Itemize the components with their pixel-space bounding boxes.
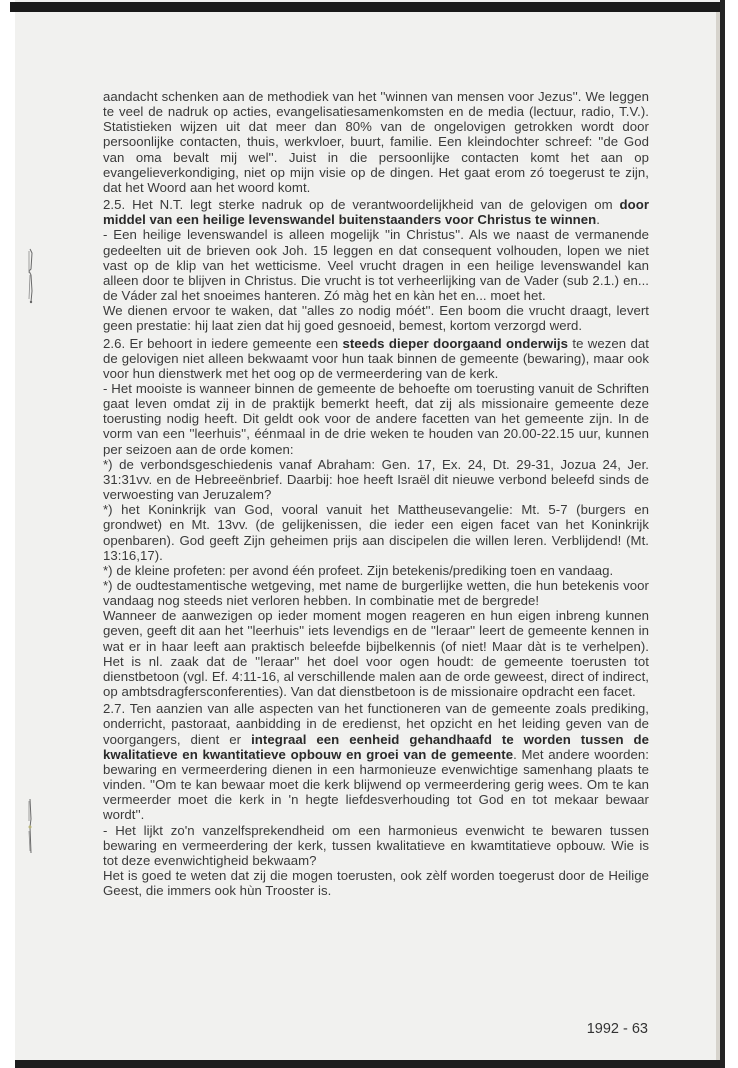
paragraph-text: aandacht schenken aan de methodiek van h… <box>103 89 649 195</box>
paragraph: *) het Koninkrijk van God, vooral vanuit… <box>103 502 649 563</box>
paragraph-text: - Een heilige levenswandel is alleen mog… <box>103 227 649 303</box>
paragraph: Wanneer de aanwezigen op ieder moment mo… <box>103 608 649 699</box>
paragraph-text: - Het lijkt zo'n vanzelfsprekendheid om … <box>103 823 649 868</box>
paragraph: aandacht schenken aan de methodiek van h… <box>103 89 649 195</box>
paragraph-text: *) de verbondsgeschiedenis vanaf Abraham… <box>103 457 649 502</box>
section-paragraph: 2.7. Ten aanzien van alle aspecten van h… <box>103 701 649 822</box>
section-paragraph: 2.6. Er behoort in iedere gemeente een s… <box>103 336 649 381</box>
staple-mark-icon <box>26 247 34 307</box>
paragraph-text: Wanneer de aanwezigen op ieder moment mo… <box>103 608 649 699</box>
scan-border-bottom <box>15 1060 725 1068</box>
paragraph-text: 2.6. Er behoort in iedere gemeente een <box>103 336 342 351</box>
staple-mark-icon <box>26 797 34 857</box>
page-number: 1992 - 63 <box>587 1021 648 1037</box>
paragraph: - Het lijkt zo'n vanzelfsprekendheid om … <box>103 823 649 868</box>
paragraph-text: *) het Koninkrijk van God, vooral vanuit… <box>103 502 649 562</box>
scan-border-right <box>720 0 725 1068</box>
emphasis-text: steeds dieper doorgaand onderwijs <box>342 336 568 351</box>
paragraph-text: - Het mooiste is wanneer binnen de gemee… <box>103 381 649 457</box>
paragraph: *) de oudtestamentische wetgeving, met n… <box>103 578 649 608</box>
paragraph-text: We dienen ervoor te waken, dat ''alles z… <box>103 303 649 333</box>
section-paragraph: 2.5. Het N.T. legt sterke nadruk op de v… <box>103 197 649 227</box>
paragraph-text: . <box>596 212 600 227</box>
scan-border-top <box>10 2 725 12</box>
paragraph-text: *) de oudtestamentische wetgeving, met n… <box>103 578 649 608</box>
paragraph-text: 2.5. Het N.T. legt sterke nadruk op de v… <box>103 197 620 212</box>
paragraph: Het is goed te weten dat zij die mogen t… <box>103 868 649 898</box>
paragraph: - Het mooiste is wanneer binnen de gemee… <box>103 381 649 457</box>
paragraph-text: *) de kleine profeten: per avond één pro… <box>103 563 613 578</box>
paragraph-text: Het is goed te weten dat zij die mogen t… <box>103 868 649 898</box>
paragraph: *) de kleine profeten: per avond één pro… <box>103 563 649 578</box>
paragraph: - Een heilige levenswandel is alleen mog… <box>103 227 649 303</box>
paragraph: We dienen ervoor te waken, dat ''alles z… <box>103 303 649 333</box>
paragraph: *) de verbondsgeschiedenis vanaf Abraham… <box>103 457 649 502</box>
document-body: aandacht schenken aan de methodiek van h… <box>103 89 649 898</box>
